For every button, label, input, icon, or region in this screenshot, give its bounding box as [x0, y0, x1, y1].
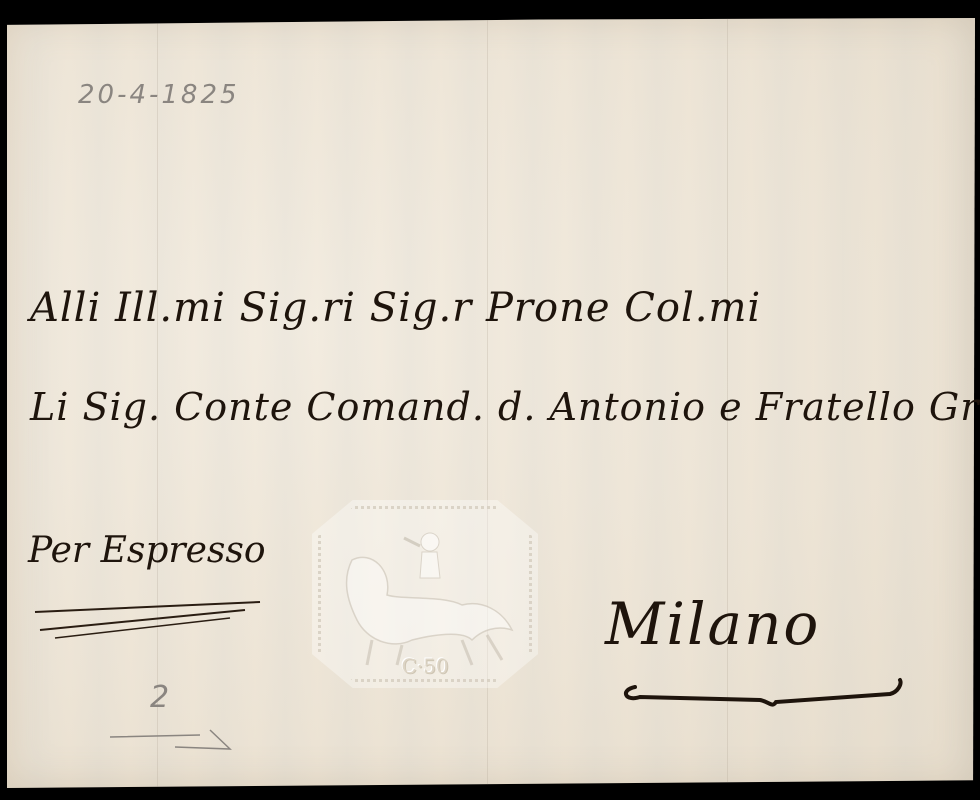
embossed-stamp: C·50 [312, 500, 538, 688]
pencil-notation: 2 [150, 680, 172, 715]
stamp-value: C·50 [312, 654, 538, 678]
destination-city: Milano [605, 590, 820, 658]
city-underline-flourish [620, 672, 910, 712]
pencil-date: 20-4-1825 [78, 80, 240, 110]
pencil-scribble [105, 725, 245, 760]
strike-through-lines [30, 590, 270, 650]
address-line-2: Li Sig. Conte Comand. d. Antonio e Frate… [30, 385, 980, 429]
delivery-note: Per Espresso [28, 530, 266, 571]
address-line-1: Alli Ill.mi Sig.ri Sig.r Prone Col.mi [30, 285, 761, 331]
